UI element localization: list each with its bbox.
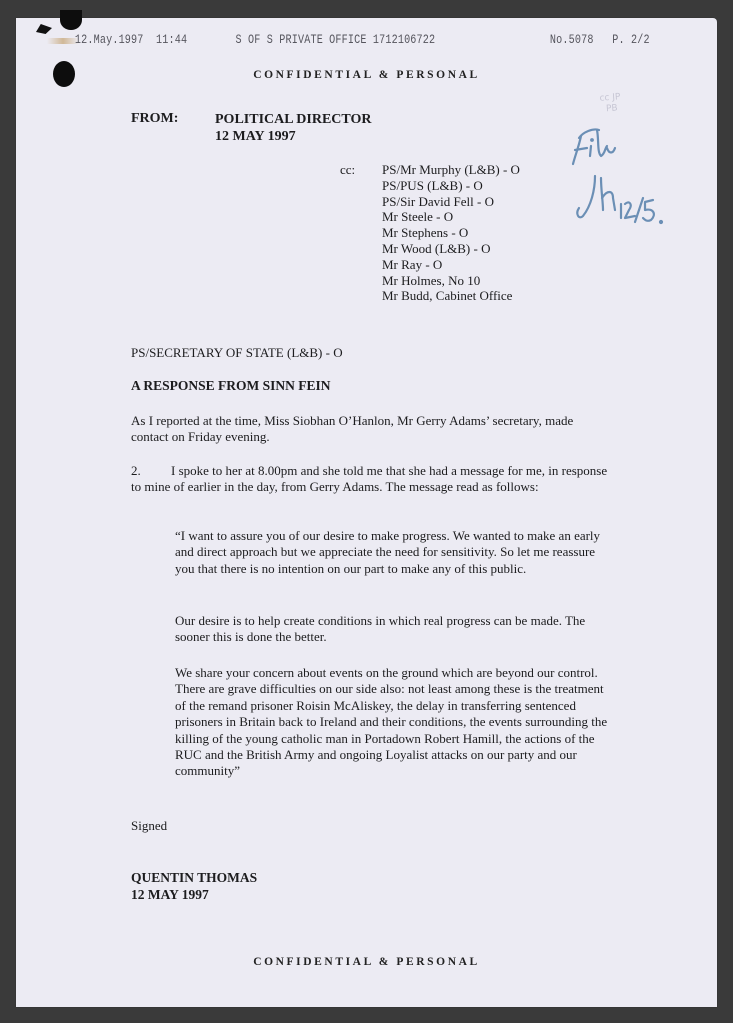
faint-pencil-note: cc JP PB	[599, 92, 621, 115]
addressee: PS/SECRETARY OF STATE (L&B) - O	[131, 345, 343, 361]
fax-header: 12.May.1997 11:44 S OF S PRIVATE OFFICE …	[0, 32, 572, 50]
cc-recipient: Mr Holmes, No 10	[382, 273, 520, 289]
from-date: 12 MAY 1997	[215, 128, 372, 145]
quote-paragraph-3: We share your concern about events on th…	[175, 665, 617, 780]
from-name: POLITICAL DIRECTOR	[215, 111, 372, 128]
paragraph-2-text: I spoke to her at 8.00pm and she told me…	[131, 463, 607, 494]
signed-label: Signed	[131, 818, 167, 834]
classification-header: CONFIDENTIAL & PERSONAL	[0, 69, 733, 81]
cc-list: PS/Mr Murphy (L&B) - O PS/PUS (L&B) - O …	[382, 162, 520, 304]
signatory-name: QUENTIN THOMAS	[131, 870, 257, 887]
handwritten-annotation	[565, 118, 675, 238]
signatory-date: 12 MAY 1997	[131, 887, 257, 904]
fax-number-page: No.5078 P. 2/2	[550, 32, 650, 47]
signatory-block: QUENTIN THOMAS 12 MAY 1997	[131, 870, 257, 903]
subject-heading: A RESPONSE FROM SINN FEIN	[131, 378, 331, 394]
punch-hole-icon	[60, 10, 82, 30]
paragraph-number: 2.	[131, 463, 171, 479]
from-block: POLITICAL DIRECTOR 12 MAY 1997	[215, 111, 372, 145]
cc-recipient: PS/Sir David Fell - O	[382, 194, 520, 210]
classification-footer: CONFIDENTIAL & PERSONAL	[0, 956, 733, 968]
from-label: FROM:	[131, 111, 178, 127]
quote-paragraph-2: Our desire is to help create conditions …	[175, 613, 617, 646]
cc-label: cc:	[340, 162, 355, 178]
paragraph-1: As I reported at the time, Miss Siobhan …	[131, 413, 601, 446]
cc-recipient: PS/Mr Murphy (L&B) - O	[382, 162, 520, 178]
paragraph-2: 2.I spoke to her at 8.00pm and she told …	[131, 463, 611, 496]
cc-recipient: Mr Stephens - O	[382, 225, 520, 241]
cc-recipient: Mr Wood (L&B) - O	[382, 241, 520, 257]
cc-recipient: Mr Budd, Cabinet Office	[382, 288, 520, 304]
quote-paragraph-1: “I want to assure you of our desire to m…	[175, 528, 617, 577]
cc-recipient: PS/PUS (L&B) - O	[382, 178, 520, 194]
fax-date-time: 12.May.1997 11:44	[75, 32, 187, 47]
fax-sender: S OF S PRIVATE OFFICE 1712106722	[236, 32, 436, 47]
cc-recipient: Mr Ray - O	[382, 257, 520, 273]
cc-recipient: Mr Steele - O	[382, 209, 520, 225]
